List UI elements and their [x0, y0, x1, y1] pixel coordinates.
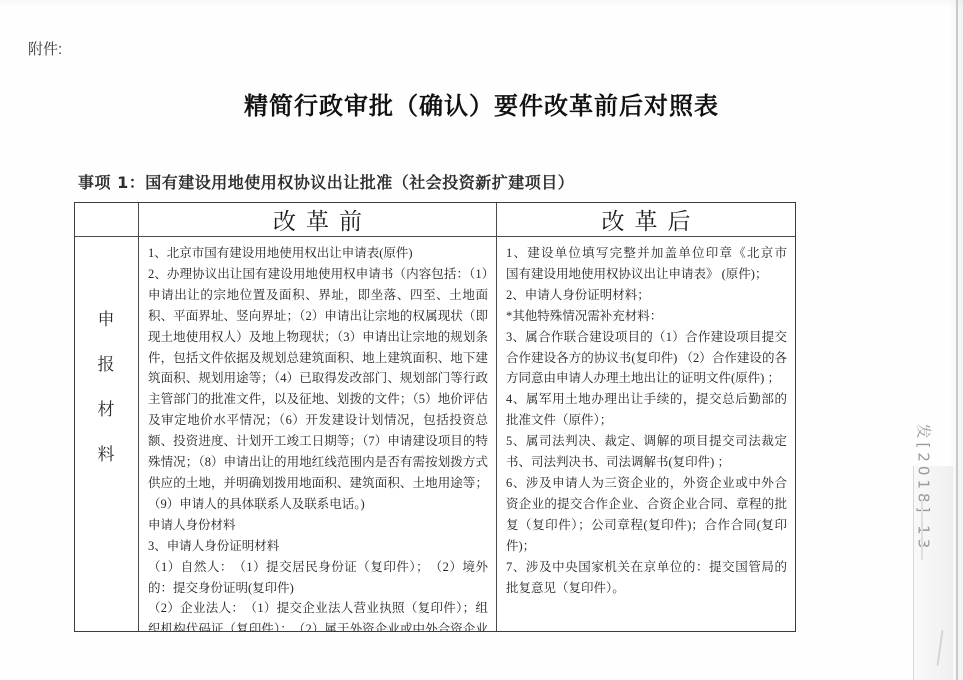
scanned-document-page: 附件: 精简行政审批（确认）要件改革前后对照表 事项 1：国有建设用地使用权协议…	[0, 0, 963, 680]
document-title: 精简行政审批（确认）要件改革前后对照表	[0, 86, 963, 121]
comparison-table: 改革前 改革后 申 报 材 料 1、北京市国有建设用地使用权出让申请表(原件) …	[74, 202, 796, 632]
scan-page-edge	[956, 0, 958, 680]
column-header-after-reform: 改革后	[497, 203, 795, 237]
before-reform-materials-text: 1、北京市国有建设用地使用权出让申请表(原件) 2、办理协议出让国有建设用地使用…	[139, 237, 497, 631]
row-label-application-materials: 申 报 材 料	[75, 237, 139, 631]
after-reform-materials-text: 1、建设单位填写完整并加盖单位印章《北京市 国有建设用地使用权协议出让申请表》 …	[497, 237, 795, 631]
item-heading: 事项 1：国有建设用地使用权协议出让批准（社会投资新扩建项目）	[78, 170, 574, 193]
column-header-before-reform: 改革前	[139, 203, 497, 237]
attachment-label: 附件:	[28, 38, 62, 59]
scan-artifact-mark	[921, 500, 923, 560]
table-corner-cell	[75, 203, 139, 237]
document-number-stamp: 发[2018] 13	[914, 424, 935, 574]
